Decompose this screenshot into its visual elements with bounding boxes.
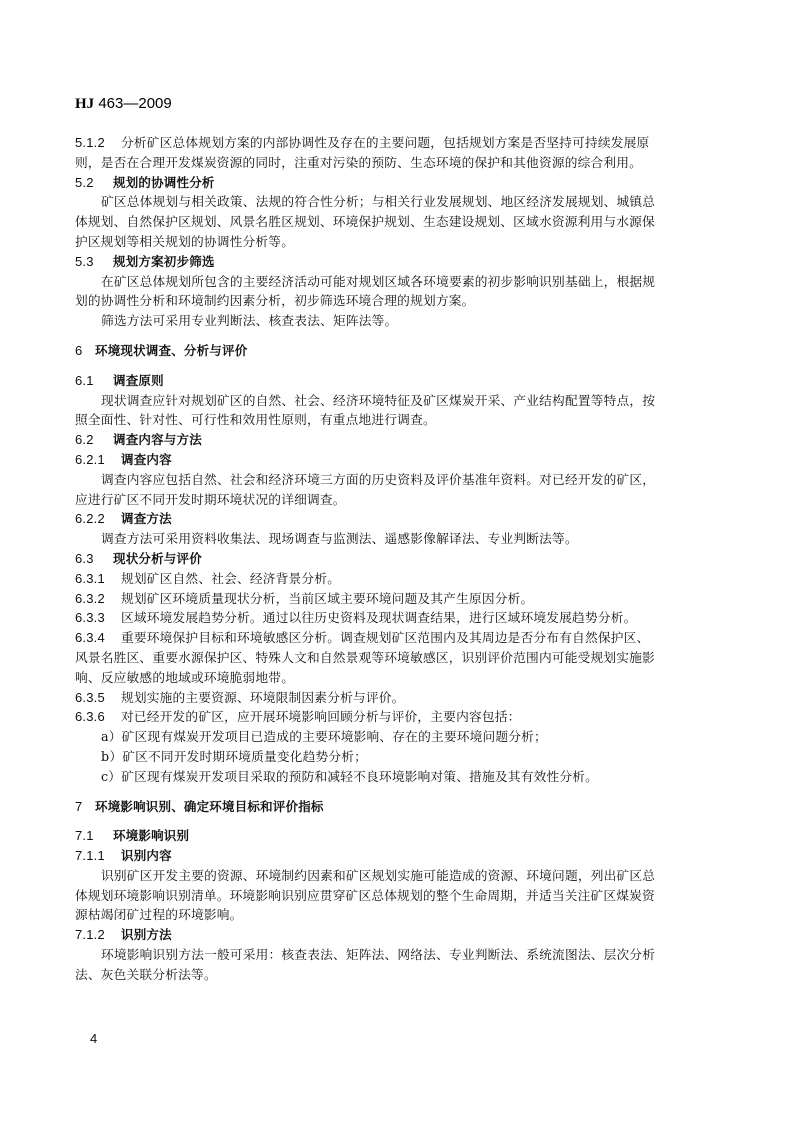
paragraph-line: 现状调查应针对规划矿区的自然、社会、经济环境特征及矿区煤炭开采、产业结构配置等特… xyxy=(75,391,721,411)
heading-title: 调查内容与方法 xyxy=(113,432,202,447)
clause-6-3-1: 6.3.1规划矿区自然、社会、经济背景分析。 xyxy=(75,569,721,589)
paragraph-line: 体规划、自然保护区规划、风景名胜区规划、环境保护规划、生态建设规划、区域水资源利… xyxy=(75,212,721,232)
heading-6: 6环境现状调查、分析与评价 xyxy=(75,341,721,361)
clause-text: 规划矿区环境质量现状分析，当前区域主要环境问题及其产生原因分析。 xyxy=(121,591,533,606)
list-item: c）矿区现有煤炭开发项目采取的预防和减轻不良环境影响对策、措施及其有效性分析。 xyxy=(75,767,721,787)
clause-text: 则，是否在合理开发煤炭资源的同时，注重对污染的预防、生态环境的保护和其他资源的综… xyxy=(75,153,721,173)
clause-6-3-4: 6.3.4重要环境保护目标和环境敏感区分析。调查规划矿区范围内及其周边是否分布有… xyxy=(75,628,721,648)
clause-5-1-2: 5.1.2分析矿区总体规划方案的内部协调性及存在的主要问题，包括规划方案是否坚持… xyxy=(75,133,721,153)
clause-6-3-5: 6.3.5规划实施的主要资源、环境限制因素分析与评价。 xyxy=(75,688,721,708)
heading-title: 调查原则 xyxy=(113,373,164,388)
paragraph-line: 源枯竭闭矿过程的环境影响。 xyxy=(75,905,721,925)
paragraph-line: 划的协调性分析和环境制约因素分析，初步筛选环境合理的规划方案。 xyxy=(75,291,721,311)
heading-title: 调查内容 xyxy=(121,452,172,467)
heading-6-2: 6.2调查内容与方法 xyxy=(75,430,721,450)
paragraph-line: 矿区总体规划与相关政策、法规的符合性分析；与相关行业发展规划、地区经济发展规划、… xyxy=(75,192,721,212)
heading-6-1: 6.1调查原则 xyxy=(75,371,721,391)
heading-title: 识别内容 xyxy=(121,848,172,863)
heading-5-2: 5.2规划的协调性分析 xyxy=(75,173,721,193)
list-item: b）矿区不同开发时期环境质量变化趋势分析； xyxy=(75,747,721,767)
heading-number: 6.2.2 xyxy=(75,509,121,529)
clause-text: 分析矿区总体规划方案的内部协调性及存在的主要问题，包括规划方案是否坚持可持续发展… xyxy=(121,135,649,150)
list-item: a）矿区现有煤炭开发项目已造成的主要环境影响、存在的主要环境问题分析； xyxy=(75,727,721,747)
heading-7-1-2: 7.1.2识别方法 xyxy=(75,925,721,945)
paragraph-line: 照全面性、针对性、可行性和效用性原则，有重点地进行调查。 xyxy=(75,410,721,430)
heading-title: 规划方案初步筛选 xyxy=(113,254,215,269)
paragraph-line: 风景名胜区、重要水源保护区、特殊人文和自然景观等环境敏感区，识别评价范围内可能受… xyxy=(75,648,721,668)
paragraph-line: 调查内容应包括自然、社会和经济环境三方面的历史资料及评价基准年资料。对已经开发的… xyxy=(75,470,721,490)
paragraph-line: 应进行矿区不同开发时期环境状况的详细调查。 xyxy=(75,490,721,510)
heading-title: 规划的协调性分析 xyxy=(113,175,215,190)
heading-number: 5.3 xyxy=(75,252,113,272)
paragraph-line: 护区规划等相关规划的协调性分析等。 xyxy=(75,232,721,252)
heading-7: 7环境影响识别、确定环境目标和评价指标 xyxy=(75,797,721,817)
heading-number: 6.2 xyxy=(75,430,113,450)
clause-number: 5.1.2 xyxy=(75,133,121,153)
clause-number: 6.3.1 xyxy=(75,569,121,589)
heading-title: 环境影响识别 xyxy=(113,828,189,843)
paragraph-line: 环境影响识别方法一般可采用：核查表法、矩阵法、网络法、专业判断法、系统流图法、层… xyxy=(75,945,721,965)
standard-number: 463—2009 xyxy=(98,95,171,112)
paragraph-line: 体规划环境影响识别清单。环境影响识别应贯穿矿区总体规划的整个生命周期，并适当关注… xyxy=(75,886,721,906)
clause-number: 6.3.5 xyxy=(75,688,121,708)
clause-text: 规划矿区自然、社会、经济背景分析。 xyxy=(121,571,340,586)
clause-number: 6.3.6 xyxy=(75,707,121,727)
heading-5-3: 5.3规划方案初步筛选 xyxy=(75,252,721,272)
paragraph-line: 在矿区总体规划所包含的主要经济活动可能对规划区域各环境要素的初步影响识别基础上，… xyxy=(75,272,721,292)
clause-6-3-6: 6.3.6对已经开发的矿区，应开展环境影响回顾分析与评价，主要内容包括： xyxy=(75,707,721,727)
standard-header: HJ 463—2009 xyxy=(75,95,172,113)
clause-number: 6.3.3 xyxy=(75,608,121,628)
heading-title: 识别方法 xyxy=(121,927,172,942)
standard-code: HJ xyxy=(75,96,94,112)
heading-6-2-2: 6.2.2调查方法 xyxy=(75,509,721,529)
document-body: 5.1.2分析矿区总体规划方案的内部协调性及存在的主要问题，包括规划方案是否坚持… xyxy=(75,133,721,985)
heading-number: 6 xyxy=(75,341,95,361)
clause-text: 对已经开发的矿区，应开展环境影响回顾分析与评价，主要内容包括： xyxy=(121,709,521,724)
heading-6-2-1: 6.2.1调查内容 xyxy=(75,450,721,470)
heading-number: 7.1.2 xyxy=(75,925,121,945)
chapter-title: 环境现状调查、分析与评价 xyxy=(95,343,247,358)
clause-6-3-2: 6.3.2规划矿区环境质量现状分析，当前区域主要环境问题及其产生原因分析。 xyxy=(75,589,721,609)
paragraph-line: 调查方法可采用资料收集法、现场调查与监测法、遥感影像解译法、专业判断法等。 xyxy=(75,529,721,549)
clause-text: 区域环境发展趋势分析。通过以往历史资料及现状调查结果，进行区域环境发展趋势分析。 xyxy=(121,610,637,625)
clause-text: 重要环境保护目标和环境敏感区分析。调查规划矿区范围内及其周边是否分布有自然保护区… xyxy=(121,630,649,645)
clause-text: 规划实施的主要资源、环境限制因素分析与评价。 xyxy=(121,690,405,705)
heading-title: 现状分析与评价 xyxy=(113,551,202,566)
clause-number: 6.3.2 xyxy=(75,589,121,609)
heading-number: 5.2 xyxy=(75,173,113,193)
paragraph-line: 识别矿区开发主要的资源、环境制约因素和矿区规划实施可能造成的资源、环境问题，列出… xyxy=(75,866,721,886)
clause-6-3-3: 6.3.3区域环境发展趋势分析。通过以往历史资料及现状调查结果，进行区域环境发展… xyxy=(75,608,721,628)
heading-number: 6.3 xyxy=(75,549,113,569)
page-number: 4 xyxy=(90,1031,97,1046)
heading-7-1-1: 7.1.1识别内容 xyxy=(75,846,721,866)
chapter-title: 环境影响识别、确定环境目标和评价指标 xyxy=(95,799,324,814)
document-page: HJ 463—2009 5.1.2分析矿区总体规划方案的内部协调性及存在的主要问… xyxy=(0,0,794,1123)
clause-number: 6.3.4 xyxy=(75,628,121,648)
heading-number: 6.2.1 xyxy=(75,450,121,470)
heading-number: 6.1 xyxy=(75,371,113,391)
paragraph-line: 法、灰色关联分析法等。 xyxy=(75,965,721,985)
paragraph-line: 响、反应敏感的地域或环境脆弱地带。 xyxy=(75,668,721,688)
heading-title: 调查方法 xyxy=(121,511,172,526)
heading-6-3: 6.3现状分析与评价 xyxy=(75,549,721,569)
heading-number: 7.1 xyxy=(75,826,113,846)
heading-7-1: 7.1环境影响识别 xyxy=(75,826,721,846)
paragraph-line: 筛选方法可采用专业判断法、核查表法、矩阵法等。 xyxy=(75,311,721,331)
heading-number: 7.1.1 xyxy=(75,846,121,866)
heading-number: 7 xyxy=(75,797,95,817)
